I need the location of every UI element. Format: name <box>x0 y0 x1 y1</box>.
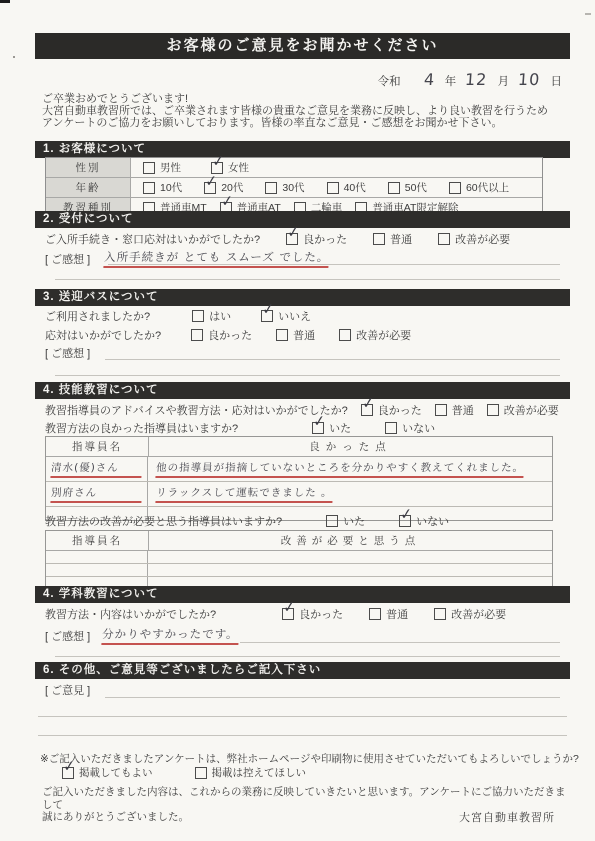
writing-line <box>55 375 560 376</box>
writing-line <box>240 642 560 643</box>
instructor-name-handwritten: 清水(優)さん <box>50 460 142 478</box>
table-row <box>46 564 552 577</box>
instructor-name-cell: 清水(優)さん <box>46 457 148 481</box>
checkbox-icon: ✓ <box>282 608 294 620</box>
checkbox-skill-good: ✓良かった <box>361 402 422 418</box>
checkbox-icon: ✓ <box>312 422 324 434</box>
checkbox-icon: ✓ <box>143 182 155 194</box>
checkbox-label: 50代 <box>405 180 427 195</box>
checkbox-age-50s: ✓50代 <box>388 180 427 195</box>
table-header-row: 指導員名 良かった点 <box>46 437 552 457</box>
checkbox-age-10s: ✓10代 <box>143 180 182 195</box>
checkbox-icon: ✓ <box>265 182 277 194</box>
writing-line <box>105 359 560 360</box>
reception-comment-handwritten: 入所手続きが とても スムーズ でした。 <box>104 249 331 268</box>
check-mark-icon: ✓ <box>220 193 234 209</box>
academic-question: 教習方法・内容はいかがでしたか? <box>45 606 216 622</box>
checkbox-label: 女性 <box>228 160 249 175</box>
scan-artifact <box>585 13 591 15</box>
checkbox-label: はい <box>209 308 231 324</box>
table-row <box>46 551 552 564</box>
good-point-handwritten: 他の指導員が指摘していないところを分かりやすく教えてくれました。 <box>155 460 524 478</box>
good-instructor-table: 指導員名 良かった点 清水(優)さん 他の指導員が指摘していないところを分かりや… <box>45 436 553 521</box>
writing-line <box>105 697 560 698</box>
greeting-line2: 大宮自動車教習所では、ご卒業されます皆様の貴重なご意見を業務に反映し、より良い教… <box>42 106 567 118</box>
checkbox-academic-good: ✓良かった <box>282 606 343 622</box>
year-handwritten: 4 <box>423 70 436 89</box>
checkbox-label: 改善が必要 <box>455 231 510 247</box>
section4-header: 4. 技能教習について <box>35 382 570 399</box>
check-mark-icon: ✓ <box>286 224 300 240</box>
comment-label: [ ご感想 ] <box>45 628 90 644</box>
checkbox-icon: ✓ <box>339 329 351 341</box>
reception-question-line: ご入所手続き・窓口応対はいかがでしたか? ✓良かった ✓普通 ✓改善が必要 <box>45 231 510 247</box>
permission-question: ※ご記入いただきましたアンケートは、弊社ホームページや印刷物に使用させていただい… <box>40 751 579 766</box>
checkbox-icon: ✓ <box>385 422 397 434</box>
scan-artifact <box>13 56 15 58</box>
checkbox-icon: ✓ <box>388 182 400 194</box>
checkbox-label: 良かった <box>299 606 343 622</box>
bus-q1-line: ご利用されましたか? ✓はい ✓いいえ <box>45 308 311 324</box>
bus-q2-line: 応対はいかがでしたか? ✓良かった ✓普通 ✓改善が必要 <box>45 327 411 343</box>
permission-options-line: ✓掲載してもよい ✓掲載は控えてほしい <box>62 765 306 780</box>
check-mark-icon: ✓ <box>282 599 296 615</box>
skill-q3: 教習方法の改善が必要と思う指導員はいますか? <box>45 513 282 529</box>
section6-header: 6. その他、ご意見等ございましたらご記入下さい <box>35 662 570 679</box>
checkbox-icon: ✓ <box>192 310 204 322</box>
checkbox-male: ✓男性 <box>143 160 181 175</box>
school-signature: 大宮自動車教習所 <box>459 809 555 825</box>
improve-point-cell <box>148 564 552 576</box>
greeting-line3: アンケートのご協力をお願いしております。皆様の率直なご意見・ご感想をお聞かせ下さ… <box>42 118 567 130</box>
academic-comment-line: [ ご感想 ] 分かりやすかったです。 <box>45 626 239 645</box>
year-unit: 年 <box>445 73 457 89</box>
checkbox-label: いない <box>416 513 449 529</box>
checkbox-academic-normal: ✓普通 <box>369 606 408 622</box>
bus-q1: ご利用されましたか? <box>45 308 150 324</box>
good-point-cell: リラックスして運転できました 。 <box>148 482 552 506</box>
checkbox-publish-no: ✓掲載は控えてほしい <box>195 765 307 780</box>
check-mark-icon: ✓ <box>62 758 76 774</box>
checkbox-label: 良かった <box>208 327 252 343</box>
skill-q2-line: 教習方法の良かった指導員はいますか? ✓いた ✓いない <box>45 420 435 436</box>
table-header-row: 指導員名 改善が必要と思う点 <box>46 531 552 551</box>
comment-label: [ ご感想 ] <box>45 251 90 267</box>
good-point-cell: 他の指導員が指摘していないところを分かりやすく教えてくれました。 <box>148 457 552 481</box>
check-mark-icon: ✓ <box>204 173 218 189</box>
col-instructor-name: 指導員名 <box>46 531 149 550</box>
checkbox-label: 男性 <box>160 160 181 175</box>
col-improve-points: 改善が必要と思う点 <box>149 531 552 550</box>
checkbox-icon: ✓ <box>326 515 338 527</box>
academic-question-line: 教習方法・内容はいかがでしたか? ✓良かった ✓普通 ✓改善が必要 <box>45 606 506 622</box>
checkbox-label: 普通 <box>390 231 412 247</box>
checkbox-bus-normal: ✓普通 <box>276 327 315 343</box>
checkbox-label: 掲載してもよい <box>79 765 153 780</box>
table-row: 別府さん リラックスして運転できました 。 <box>46 482 552 507</box>
instructor-name-handwritten: 別府さん <box>50 485 142 503</box>
month-unit: 月 <box>498 73 510 89</box>
checkbox-icon: ✓ <box>204 182 216 194</box>
closing-line1: ご記入いただきました内容は、これからの業務に反映していきたいと思います。アンケー… <box>42 786 570 811</box>
checkbox-bus-no: ✓いいえ <box>261 308 311 324</box>
age-options: ✓10代 ✓20代 ✓30代 ✓40代 ✓50代 ✓60代以上 <box>131 178 521 197</box>
month-handwritten: 12 <box>465 70 489 89</box>
checkbox-label: いない <box>402 420 435 436</box>
instructor-name-cell <box>46 551 148 563</box>
section1-header: 1. お客様について <box>35 141 570 158</box>
checkbox-icon: ✓ <box>438 233 450 245</box>
checkbox-icon: ✓ <box>327 182 339 194</box>
checkbox-icon: ✓ <box>373 233 385 245</box>
checkbox-icon: ✓ <box>261 310 273 322</box>
date-row: 令和 4 年 12 月 10 日 <box>378 70 562 89</box>
survey-form-page: お客様のご意見をお聞かせください 令和 4 年 12 月 10 日 ご卒業おめで… <box>0 0 595 841</box>
checkbox-icon: ✓ <box>191 329 203 341</box>
check-mark-icon: ✓ <box>399 506 413 522</box>
form-title: お客様のご意見をお聞かせください <box>35 33 570 59</box>
other-comment-line: [ ご意見 ] <box>45 682 90 698</box>
improve-instructor-table: 指導員名 改善が必要と思う点 <box>45 530 553 590</box>
checkbox-label: いいえ <box>278 308 311 324</box>
checkbox-label: いた <box>329 420 351 436</box>
skill-q1-line: 教習指導員のアドバイスや教習方法・応対はいかがでしたか? ✓良かった ✓普通 ✓… <box>45 402 559 418</box>
checkbox-icon: ✓ <box>399 515 411 527</box>
col-instructor-name: 指導員名 <box>46 437 149 456</box>
checkbox-label: 普通 <box>386 606 408 622</box>
writing-line <box>55 656 560 657</box>
section2-header: 2. 受付について <box>35 211 570 228</box>
bus-comment-line: [ ご感想 ] <box>45 345 90 361</box>
check-mark-icon: ✓ <box>211 153 225 169</box>
checkbox-icon: ✓ <box>434 608 446 620</box>
improve-point-cell <box>148 551 552 563</box>
gender-row: 性別 ✓男性 ✓女性 <box>46 158 542 178</box>
era-label: 令和 <box>378 73 401 89</box>
checkbox-icon: ✓ <box>211 162 223 174</box>
reception-comment-line: [ ご感想 ] 入所手続きが とても スムーズ でした。 <box>45 249 330 268</box>
age-row: 年齢 ✓10代 ✓20代 ✓30代 ✓40代 ✓50代 ✓60代以上 <box>46 178 542 198</box>
greeting-text: ご卒業おめでとうございます! 大宮自動車教習所では、ご卒業されます皆様の貴重なご… <box>42 94 567 130</box>
checkbox-label: 60代以上 <box>466 180 509 195</box>
section3-header: 3. 送迎バスについて <box>35 289 570 306</box>
checkbox-icon: ✓ <box>286 233 298 245</box>
bus-q2: 応対はいかがでしたか? <box>45 327 161 343</box>
checkbox-label: 普通 <box>452 402 474 418</box>
checkbox-publish-ok: ✓掲載してもよい <box>62 765 153 780</box>
skill-q1: 教習指導員のアドバイスや教習方法・応対はいかがでしたか? <box>45 402 348 418</box>
good-point-handwritten: リラックスして運転できました 。 <box>155 485 333 503</box>
checkbox-age-40s: ✓40代 <box>327 180 366 195</box>
checkbox-icon: ✓ <box>435 404 447 416</box>
writing-line <box>55 279 560 280</box>
checkbox-bus-good: ✓良かった <box>191 327 252 343</box>
checkbox-icon: ✓ <box>361 404 373 416</box>
writing-line <box>108 264 560 265</box>
instructor-name-cell: 別府さん <box>46 482 148 506</box>
checkbox-label: 10代 <box>160 180 182 195</box>
checkbox-academic-improve: ✓改善が必要 <box>434 606 506 622</box>
day-handwritten: 10 <box>517 70 541 89</box>
checkbox-age-60plus: ✓60代以上 <box>449 180 509 195</box>
checkbox-reception-improve: ✓改善が必要 <box>438 231 510 247</box>
writing-line <box>38 716 567 717</box>
comment-label: [ ご意見 ] <box>45 682 90 698</box>
checkbox-good-instructor-yes: ✓いた <box>312 420 351 436</box>
checkbox-icon: ✓ <box>62 767 74 779</box>
checkbox-label: 良かった <box>303 231 347 247</box>
checkbox-bus-improve: ✓改善が必要 <box>339 327 411 343</box>
checkbox-icon: ✓ <box>487 404 499 416</box>
age-label: 年齢 <box>46 178 131 197</box>
check-mark-icon: ✓ <box>261 301 275 317</box>
section5-header: 4. 学科教習について <box>35 586 570 603</box>
greeting-line1: ご卒業おめでとうございます! <box>42 94 567 106</box>
checkbox-improve-instructor-no: ✓いない <box>399 513 449 529</box>
academic-comment-handwritten: 分かりやすかったです。 <box>102 626 240 645</box>
checkbox-icon: ✓ <box>369 608 381 620</box>
checkbox-label: 40代 <box>344 180 366 195</box>
gender-label: 性別 <box>46 158 131 177</box>
writing-line <box>38 735 567 736</box>
checkbox-label: 30代 <box>282 180 304 195</box>
scan-artifact <box>0 0 10 3</box>
checkbox-age-30s: ✓30代 <box>265 180 304 195</box>
checkbox-label: 改善が必要 <box>451 606 506 622</box>
customer-table: 性別 ✓男性 ✓女性 年齢 ✓10代 ✓20代 ✓30代 ✓40代 ✓50代 ✓… <box>45 157 543 218</box>
col-good-points: 良かった点 <box>149 437 552 456</box>
checkbox-icon: ✓ <box>195 767 207 779</box>
checkbox-bus-yes: ✓はい <box>192 308 231 324</box>
checkbox-label: 改善が必要 <box>504 402 559 418</box>
checkbox-skill-improve: ✓改善が必要 <box>487 402 559 418</box>
checkbox-label: 改善が必要 <box>356 327 411 343</box>
checkbox-icon: ✓ <box>449 182 461 194</box>
reception-question: ご入所手続き・窓口応対はいかがでしたか? <box>45 231 260 247</box>
check-mark-icon: ✓ <box>361 395 375 411</box>
checkbox-good-instructor-no: ✓いない <box>385 420 435 436</box>
skill-q2: 教習方法の良かった指導員はいますか? <box>45 420 238 436</box>
comment-label: [ ご感想 ] <box>45 345 90 361</box>
checkbox-label: 掲載は控えてほしい <box>212 765 307 780</box>
checkbox-skill-normal: ✓普通 <box>435 402 474 418</box>
day-unit: 日 <box>551 73 563 89</box>
instructor-name-cell <box>46 564 148 576</box>
checkbox-label: 普通 <box>293 327 315 343</box>
gender-options: ✓男性 ✓女性 <box>131 158 261 177</box>
table-row: 清水(優)さん 他の指導員が指摘していないところを分かりやすく教えてくれました。 <box>46 457 552 482</box>
check-mark-icon: ✓ <box>312 413 326 429</box>
skill-q3-line: 教習方法の改善が必要と思う指導員はいますか? ✓いた ✓いない <box>45 513 449 529</box>
checkbox-label: 良かった <box>378 402 422 418</box>
checkbox-icon: ✓ <box>276 329 288 341</box>
checkbox-reception-good: ✓良かった <box>286 231 347 247</box>
checkbox-reception-normal: ✓普通 <box>373 231 412 247</box>
checkbox-label: いた <box>343 513 365 529</box>
checkbox-icon: ✓ <box>143 162 155 174</box>
checkbox-improve-instructor-yes: ✓いた <box>326 513 365 529</box>
